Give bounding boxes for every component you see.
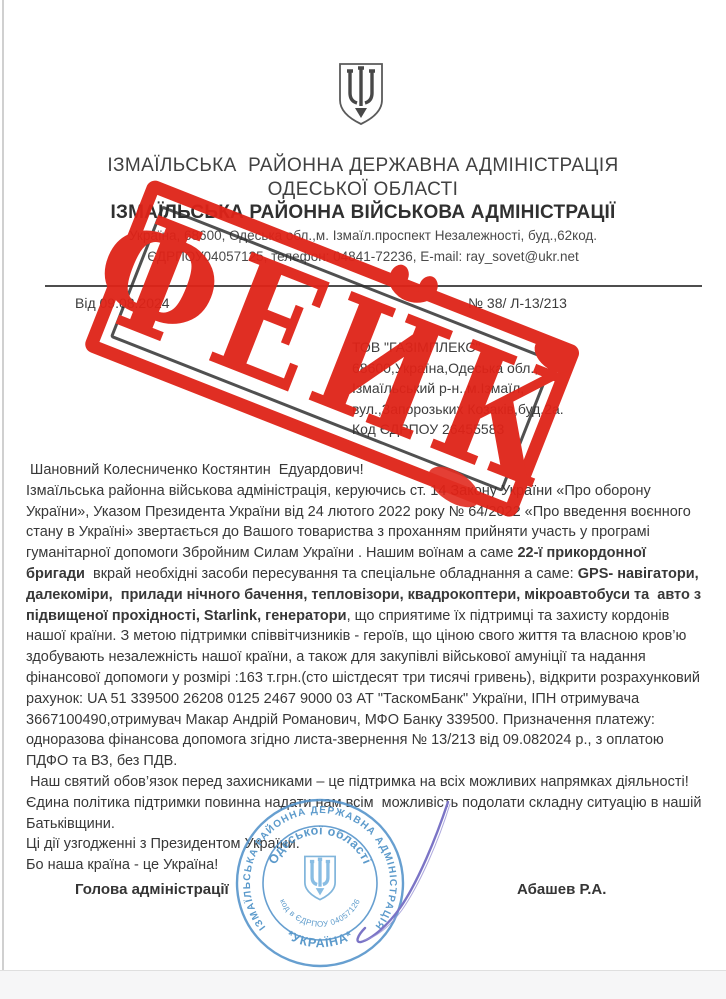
letter-page: ІЗМАЇЛЬСЬКА РАЙОННА ДЕРЖАВНА АДМІНІСТРАЦ… [0,0,726,999]
page-bottom-edge [0,970,726,999]
org-name-line1: ІЗМАЇЛЬСЬКА РАЙОННА ДЕРЖАВНА АДМІНІСТРАЦ… [20,155,706,177]
signer-position-title: Голова адміністрації [75,881,229,898]
signer-name: Абашев Р.А. [517,881,606,898]
signature-stroke [340,790,480,960]
stamp-trident-icon [305,856,335,899]
salutation: Шановний Колесниченко Костянтин Едуардов… [26,460,702,481]
scan-edge-line [2,0,4,999]
org-name-line2: ОДЕСЬКОЇ ОБЛАСТІ [20,179,706,201]
ukraine-trident-icon [336,62,386,126]
body-paragraph-main: Ізмаїльська районна військова адміністра… [26,481,702,772]
